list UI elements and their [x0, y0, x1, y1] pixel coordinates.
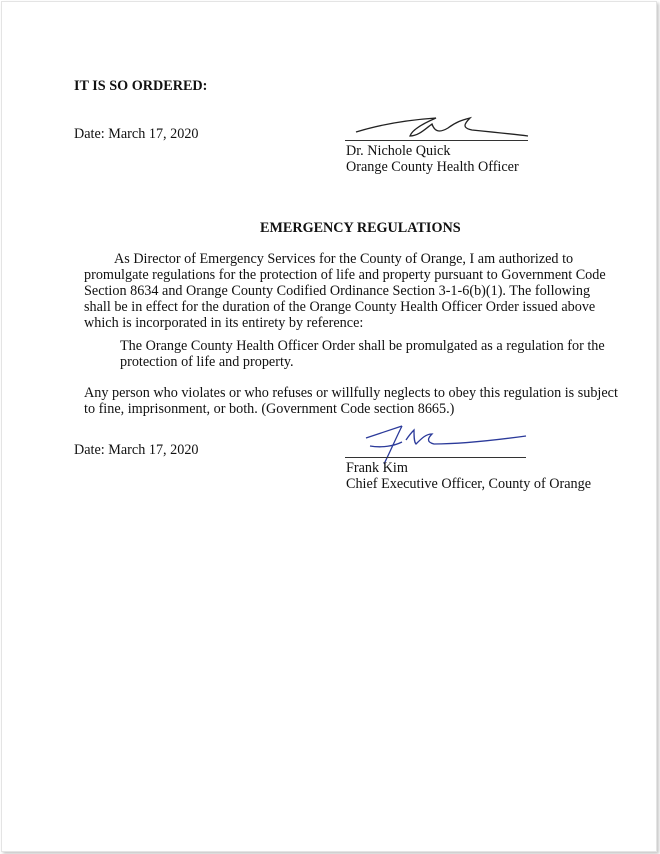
regulations-title: EMERGENCY REGULATIONS	[260, 220, 461, 236]
ceo-signature-line	[345, 457, 526, 458]
penalty-line: to fine, imprisonment, or both. (Governm…	[84, 401, 454, 417]
intro-line: shall be in effect for the duration of t…	[84, 299, 595, 315]
order-heading: IT IS SO ORDERED:	[74, 78, 207, 94]
document-page: IT IS SO ORDERED: Date: March 17, 2020 D…	[1, 1, 657, 852]
ceo-signature	[362, 418, 532, 466]
quote-line: protection of life and property.	[120, 354, 294, 370]
health-officer-name: Dr. Nichole Quick	[346, 143, 450, 159]
health-officer-signature-line	[345, 140, 528, 141]
ceo-title: Chief Executive Officer, County of Orang…	[346, 476, 591, 492]
health-officer-title: Orange County Health Officer	[346, 159, 519, 175]
intro-line: As Director of Emergency Services for th…	[114, 251, 573, 267]
quote-line: The Orange County Health Officer Order s…	[120, 338, 605, 354]
order-date: Date: March 17, 2020	[74, 126, 199, 142]
penalty-line: Any person who violates or who refuses o…	[84, 385, 618, 401]
health-officer-signature	[352, 110, 532, 140]
intro-line: which is incorporated in its entirety by…	[84, 315, 363, 331]
intro-line: Section 8634 and Orange County Codified …	[84, 283, 590, 299]
regulations-date: Date: March 17, 2020	[74, 442, 199, 458]
ceo-name: Frank Kim	[346, 460, 408, 476]
intro-line: promulgate regulations for the protectio…	[84, 267, 606, 283]
